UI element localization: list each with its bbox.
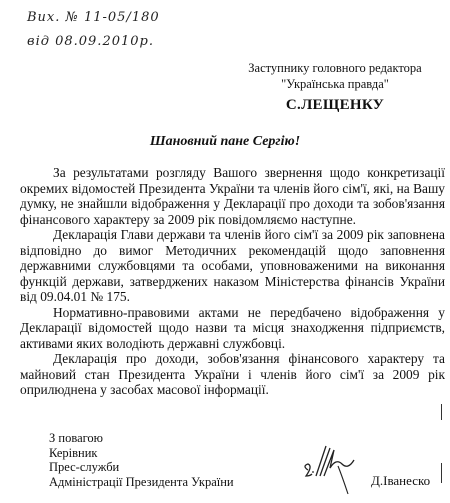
signature-icon <box>300 438 370 498</box>
addressee-block: Заступнику головного редактора "Українсь… <box>220 60 450 113</box>
greeting: Шановний пане Сергію! <box>0 134 450 150</box>
closing-position: Керівник <box>49 446 234 461</box>
paragraph: Декларація про доходи, зобов'язання фіна… <box>20 351 445 398</box>
closing-organization: Адміністрації Президента України <box>49 475 234 490</box>
handwritten-date: від 08.09.2010р. <box>27 34 154 49</box>
letter-body: За результатами розгляду Вашого зверненн… <box>20 165 445 398</box>
paragraph: Декларація Глави держави та членів його … <box>20 227 445 305</box>
scan-margin-mark <box>441 463 442 483</box>
addressee-title: Заступнику головного редактора <box>220 60 450 76</box>
closing-regards: З повагою <box>49 431 234 446</box>
closing-block: З повагою Керівник Прес-служби Адміністр… <box>49 431 234 489</box>
paragraph: За результатами розгляду Вашого зверненн… <box>20 165 445 227</box>
closing-department: Прес-служби <box>49 460 234 475</box>
signer-name: Д.Іванеско <box>371 473 430 489</box>
addressee-name: С.ЛЕЩЕНКУ <box>220 97 450 113</box>
handwritten-reference-number: Вих. № 11-05/180 <box>27 10 160 25</box>
scan-margin-mark <box>441 404 442 420</box>
paragraph: Нормативно-правовими актами не передбаче… <box>20 305 445 352</box>
addressee-organization: "Українська правда" <box>220 76 450 92</box>
